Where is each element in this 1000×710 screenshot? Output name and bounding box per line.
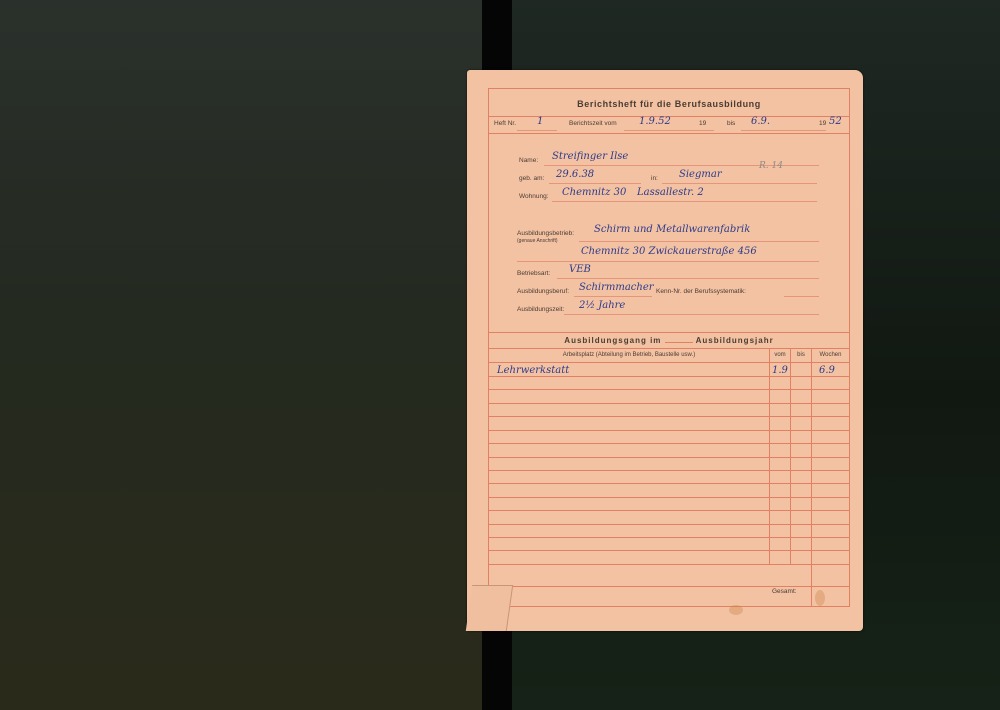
year-prefix-1: 19 (699, 120, 706, 127)
table-rule (489, 457, 849, 458)
betrieb-value-1: Schirm und Metallwarenfabrik (594, 224, 750, 235)
page-frame: Berichtsheft für die Berufsausbildung He… (488, 88, 850, 607)
year-prefix-2: 19 (819, 120, 826, 127)
year-value: 52 (829, 116, 842, 127)
betriebsart-value: VEB (569, 264, 591, 275)
section-top-divider (489, 332, 849, 333)
bis-underline (741, 130, 826, 131)
geb-value: 29.6.38 (556, 169, 594, 180)
betrieb-value-2: Chemnitz 30 Zwickauerstraße 456 (581, 246, 757, 257)
berichtszeit-to: 6.9. (751, 116, 770, 127)
berichtszeit-label: Berichtszeit vom (569, 120, 617, 127)
wohnung-value-1: Chemnitz 30 (562, 187, 626, 198)
col-header-vom: vom (770, 352, 790, 358)
heft-nr-value: 1 (537, 116, 543, 127)
section-title-part2: Ausbildungsjahr (696, 336, 774, 345)
betrieb-underline-2 (517, 261, 819, 262)
wohnung-value-2: Lassallestr. 2 (637, 187, 704, 198)
table-rule (489, 510, 849, 511)
table-rule (489, 376, 849, 377)
table-rule (489, 416, 849, 417)
betrieb-label: Ausbildungsbetrieb: (517, 230, 574, 237)
col-divider-3 (811, 348, 812, 606)
header-divider (489, 133, 849, 134)
geb-label: geb. am: (519, 175, 544, 182)
in-label: in: (651, 175, 658, 182)
total-label: Gesamt: (772, 588, 797, 595)
stain (815, 590, 825, 606)
table-rule (489, 443, 849, 444)
heft-nr-label: Heft Nr. (494, 120, 516, 127)
cell-vom: 1.9 (772, 365, 788, 376)
betrieb-sublabel: (genaue Anschrift) (517, 238, 558, 244)
name-label: Name: (519, 157, 538, 164)
heft-nr-underline (517, 130, 557, 131)
geb-underline (549, 183, 641, 184)
background-left-panel (0, 0, 482, 710)
betriebsart-label: Betriebsart: (517, 270, 550, 277)
section-title: Ausbildungsgang im Ausbildungsjahr (489, 336, 849, 345)
wohnung-label: Wohnung: (519, 193, 549, 200)
wohnung-underline (552, 201, 817, 202)
kenn-nr-underline (784, 296, 819, 297)
table-rule (489, 524, 849, 525)
table-rule (489, 403, 849, 404)
stain (729, 605, 743, 615)
kenn-nr-label: Kenn-Nr. der Berufssystematik: (656, 288, 746, 295)
zeit-underline (564, 314, 819, 315)
table-rule (489, 537, 849, 538)
cell-wochen: 6.9 (819, 365, 835, 376)
document-title: Berichtsheft für die Berufsausbildung (489, 99, 849, 109)
name-value: Streifinger Ilse (552, 151, 628, 162)
table-rule (489, 564, 849, 565)
table-rule (489, 470, 849, 471)
berichtszeit-underline (624, 130, 714, 131)
section-title-part1: Ausbildungsgang im (564, 336, 661, 345)
table-rule (489, 497, 849, 498)
in-value: Siegmar (679, 169, 722, 180)
table-rule (489, 362, 849, 363)
col-header-bis: bis (791, 352, 811, 358)
col-divider-1 (769, 348, 770, 564)
report-booklet-page: Berichtsheft für die Berufsausbildung He… (467, 70, 863, 631)
betriebsart-underline (557, 278, 819, 279)
col-divider-2 (790, 348, 791, 564)
table-rule (489, 550, 849, 551)
bis-label: bis (727, 120, 735, 127)
betrieb-underline-1 (579, 241, 819, 242)
col-header-wochen: Wochen (812, 352, 849, 358)
table-rule (489, 389, 849, 390)
cell-arbeitsplatz: Lehrwerkstatt (497, 365, 569, 376)
berichtszeit-from: 1.9.52 (639, 116, 671, 127)
table-rule (489, 586, 849, 587)
beruf-value: Schirmmacher (579, 282, 654, 293)
beruf-label: Ausbildungsberuf: (517, 288, 569, 295)
zeit-value: 2½ Jahre (579, 300, 625, 311)
folded-corner (466, 585, 513, 631)
in-underline (662, 183, 817, 184)
beruf-underline (574, 296, 652, 297)
zeit-label: Ausbildungszeit: (517, 306, 564, 313)
col-header-arbeitsplatz: Arbeitsplatz (Abteilung im Betrieb, Baus… (489, 352, 769, 358)
section-bottom-divider (489, 348, 849, 349)
pencil-margin-mark: R. 14 (759, 161, 783, 171)
table-rule (489, 430, 849, 431)
table-rule (489, 483, 849, 484)
